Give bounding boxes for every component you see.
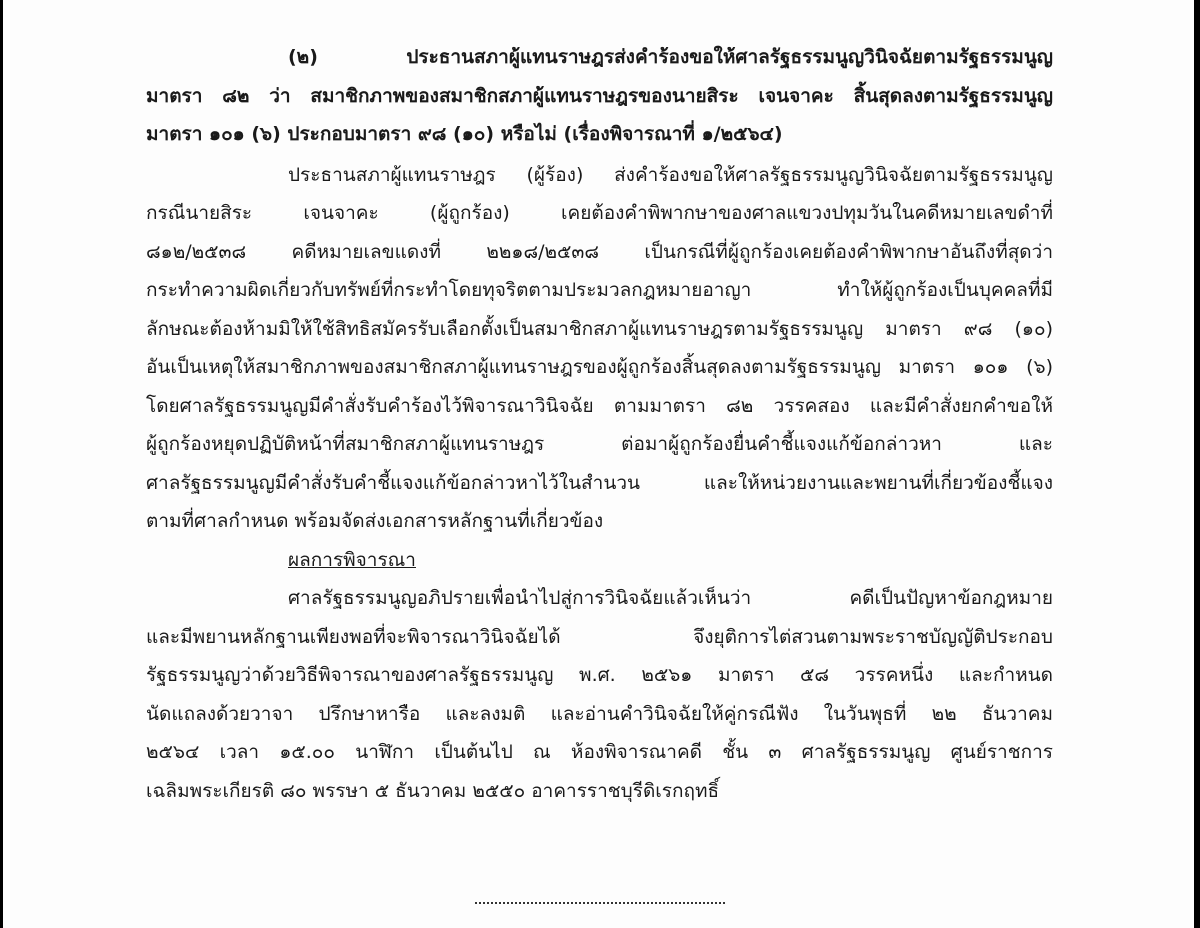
paragraph-line: ประธานสภาผู้แทนราษฎร (ผู้ร้อง) ส่งคำร้อง… [288, 156, 1053, 194]
paragraph-line: ผู้ถูกร้องหยุดปฏิบัติหน้าที่สมาชิกสภาผู้… [146, 425, 1053, 463]
section-title-line: มาตรา ๘๒ ว่า สมาชิกภาพของสมาชิกสภาผู้แทน… [146, 77, 1053, 115]
dotted-separator [475, 902, 725, 904]
section-title-line: (๒) ประธานสภาผู้แทนราษฎรส่งคำร้องขอให้ศา… [288, 38, 1053, 76]
result-heading: ผลการพิจารณา [288, 541, 416, 579]
paragraph-line: ๒๕๖๔ เวลา ๑๕.๐๐ นาฬิกา เป็นต้นไป ณ ห้องพ… [146, 733, 1053, 771]
paragraph-line: เฉลิมพระเกียรติ ๘๐ พรรษา ๕ ธันวาคม ๒๕๕๐ … [146, 772, 1053, 810]
paragraph-line: รัฐธรรมนูญว่าด้วยวิธีพิจารณาของศาลรัฐธรร… [146, 656, 1053, 694]
paragraph-line: ลักษณะต้องห้ามมิให้ใช้สิทธิสมัครรับเลือก… [146, 310, 1053, 348]
paragraph-line: โดยศาลรัฐธรรมนูญมีคำสั่งรับคำร้องไว้พิจา… [146, 387, 1053, 425]
paragraph-line: ศาลรัฐธรรมนูญอภิปรายเพื่อนำไปสู่การวินิจ… [288, 579, 1053, 617]
paragraph-line: กรณีนายสิระ เจนจาคะ (ผู้ถูกร้อง) เคยต้อง… [146, 194, 1053, 232]
section-title-line: มาตรา ๑๐๑ (๖) ประกอบมาตรา ๙๘ (๑๐) หรือไม… [146, 115, 1053, 153]
paragraph-line: อันเป็นเหตุให้สมาชิกภาพของสมาชิกสภาผู้แท… [146, 348, 1053, 386]
paragraph-line: และมีพยานหลักฐานเพียงพอที่จะพิจารณาวินิจ… [146, 618, 1053, 656]
document-page: ญ ญ (๒) ประธานสภาผู้แทนราษฎรส่งคำร้องขอใ… [3, 0, 1194, 928]
cropped-previous-line: ญ ญ [423, 0, 461, 8]
paragraph-line: กระทำความผิดเกี่ยวกับทรัพย์ที่กระทำโดยทุ… [146, 271, 1053, 309]
paragraph-line: นัดแถลงด้วยวาจา ปรึกษาหารือ และลงมติ และ… [146, 695, 1053, 733]
paragraph-line: ตามที่ศาลกำหนด พร้อมจัดส่งเอกสารหลักฐานท… [146, 502, 1053, 540]
paragraph-line: ๘๑๒/๒๕๓๘ คดีหมายเลขแดงที่ ๒๒๑๘/๒๕๓๘ เป็น… [146, 233, 1053, 271]
paragraph-line: ศาลรัฐธรรมนูญมีคำสั่งรับคำชี้แจงแก้ข้อกล… [146, 464, 1053, 502]
